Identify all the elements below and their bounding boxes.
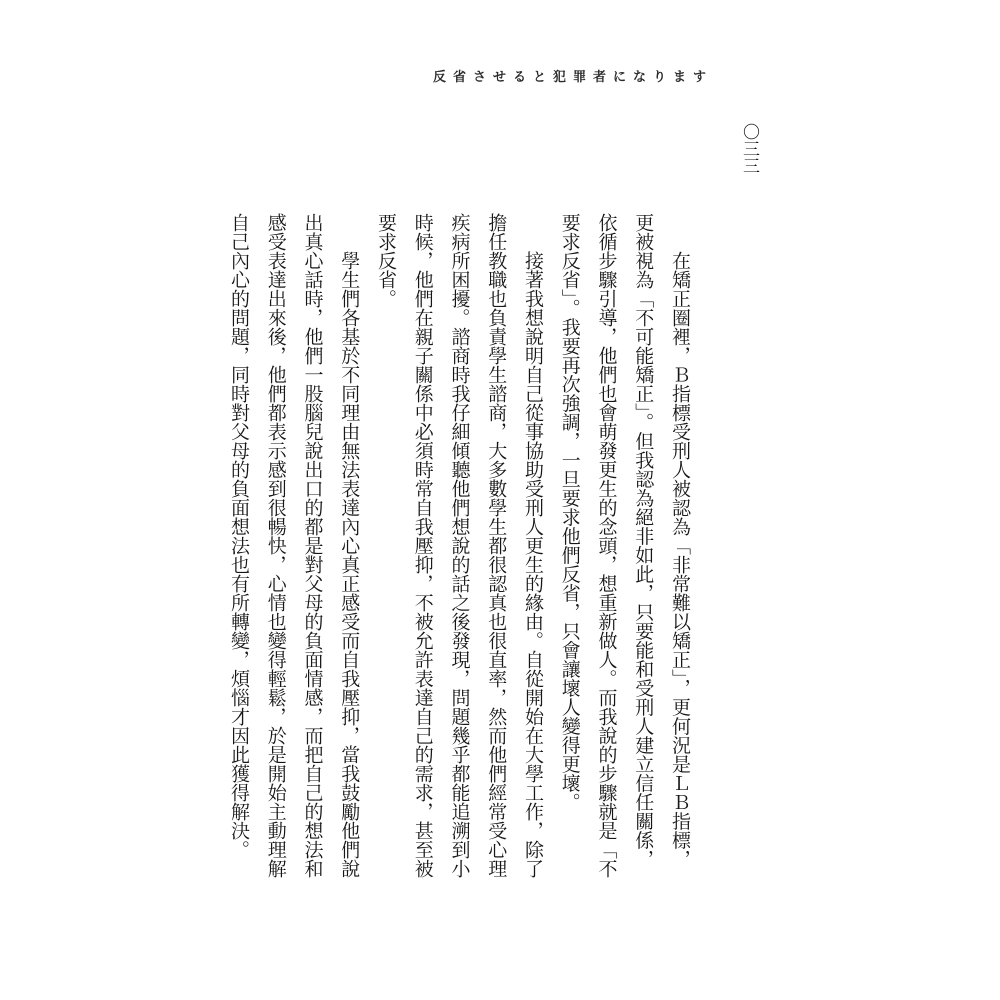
- paragraph-3: 學生們各基於不同理由無法表達內心真正感受而自我壓抑，當我鼓勵他們說出真心話時，他…: [220, 213, 367, 879]
- paragraph-2: 接著我想說明自己從事協助受刑人更生的緣由。自從開始在大學工作，除了擔任教職也負責…: [367, 213, 551, 879]
- body-text: 在矯正圈裡，Ｂ指標受刑人被認為「非常難以矯正」，更何況是ＬＢ指標，更被視為「不可…: [220, 213, 698, 879]
- page-number: 〇三三: [740, 123, 757, 174]
- running-header-title: 反省させると犯罪者になります: [433, 66, 713, 85]
- book-page: 反省させると犯罪者になります 〇三三 在矯正圈裡，Ｂ指標受刑人被認為「非常難以矯…: [0, 0, 1000, 1000]
- paragraph-1: 在矯正圈裡，Ｂ指標受刑人被認為「非常難以矯正」，更何況是ＬＢ指標，更被視為「不可…: [551, 213, 698, 879]
